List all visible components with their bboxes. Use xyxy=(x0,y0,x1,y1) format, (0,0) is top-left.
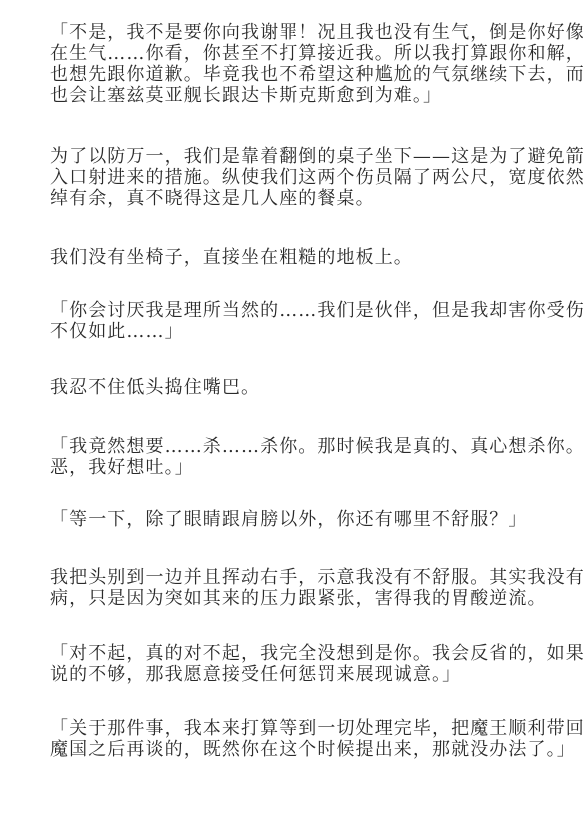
text-line: 我忍不住低头捣住嘴巴。 xyxy=(50,377,530,398)
text-line: 病，只是因为突如其来的压力跟紧张，害得我的胃酸逆流。 xyxy=(50,588,530,609)
text-line: 也会让塞兹莫亚舰长跟达卡斯克斯愈到为难。」 xyxy=(50,85,530,106)
text-line: 「对不起，真的对不起，我完全没想到是你。我会反省的，如果用 xyxy=(50,643,530,664)
paragraph-4: 「你会讨厌我是理所当然的……我们是伙伴，但是我却害你受伤。 不仅如此……」 xyxy=(50,300,530,342)
paragraph-5: 我忍不住低头捣住嘴巴。 xyxy=(50,377,530,398)
text-line: 我们没有坐椅子，直接坐在粗糙的地板上。 xyxy=(50,247,530,268)
paragraph-2: 为了以防万一，我们是靠着翻倒的桌子坐下——这是为了避免箭从 入口射进来的措施。纵… xyxy=(50,146,530,209)
text-line: 绰有余，真不晓得这是几人座的餐桌。 xyxy=(50,188,530,209)
paragraph-9: 「对不起，真的对不起，我完全没想到是你。我会反省的，如果用 说的不够，那我愿意接… xyxy=(50,643,530,685)
text-line: 「关于那件事，我本来打算等到一切处理完毕，把魔王顺利带回真 xyxy=(50,718,530,739)
text-line: 「你会讨厌我是理所当然的……我们是伙伴，但是我却害你受伤。 xyxy=(50,300,530,321)
text-line: 不仅如此……」 xyxy=(50,321,530,342)
text-line: 魔国之后再谈的，既然你在这个时候提出来，那就没办法了。」 xyxy=(50,739,530,760)
paragraph-3: 我们没有坐椅子，直接坐在粗糙的地板上。 xyxy=(50,247,530,268)
text-line: 也想先跟你道歉。毕竟我也不希望这种尴尬的气氛继续下去，而且 xyxy=(50,64,530,85)
document-page: 「不是，我不是要你向我谢罪！况且我也没有生气，倒是你好像还 在生气……你看，你甚… xyxy=(0,0,583,828)
paragraph-1: 「不是，我不是要你向我谢罪！况且我也没有生气，倒是你好像还 在生气……你看，你甚… xyxy=(50,22,530,106)
paragraph-7: 「等一下，除了眼睛跟肩膀以外，你还有哪里不舒服？」 xyxy=(50,509,530,530)
text-line: 入口射进来的措施。纵使我们这两个伤员隔了两公尺，宽度依然绰 xyxy=(50,167,530,188)
text-line: 「不是，我不是要你向我谢罪！况且我也没有生气，倒是你好像还 xyxy=(50,22,530,43)
text-line: 「我竟然想要……杀……杀你。那时候我是真的、真心想杀你。可 xyxy=(50,436,530,457)
paragraph-8: 我把头别到一边并且挥动右手，示意我没有不舒服。其实我没有生 病，只是因为突如其来… xyxy=(50,567,530,609)
text-line: 恶，我好想吐。」 xyxy=(50,457,530,478)
paragraph-6: 「我竟然想要……杀……杀你。那时候我是真的、真心想杀你。可 恶，我好想吐。」 xyxy=(50,436,530,478)
paragraph-10: 「关于那件事，我本来打算等到一切处理完毕，把魔王顺利带回真 魔国之后再谈的，既然… xyxy=(50,718,530,760)
text-line: 我把头别到一边并且挥动右手，示意我没有不舒服。其实我没有生 xyxy=(50,567,530,588)
text-line: 「等一下，除了眼睛跟肩膀以外，你还有哪里不舒服？」 xyxy=(50,509,530,530)
text-line: 在生气……你看，你甚至不打算接近我。所以我打算跟你和解，我 xyxy=(50,43,530,64)
text-line: 说的不够，那我愿意接受任何惩罚来展现诚意。」 xyxy=(50,664,530,685)
text-line: 为了以防万一，我们是靠着翻倒的桌子坐下——这是为了避免箭从 xyxy=(50,146,530,167)
